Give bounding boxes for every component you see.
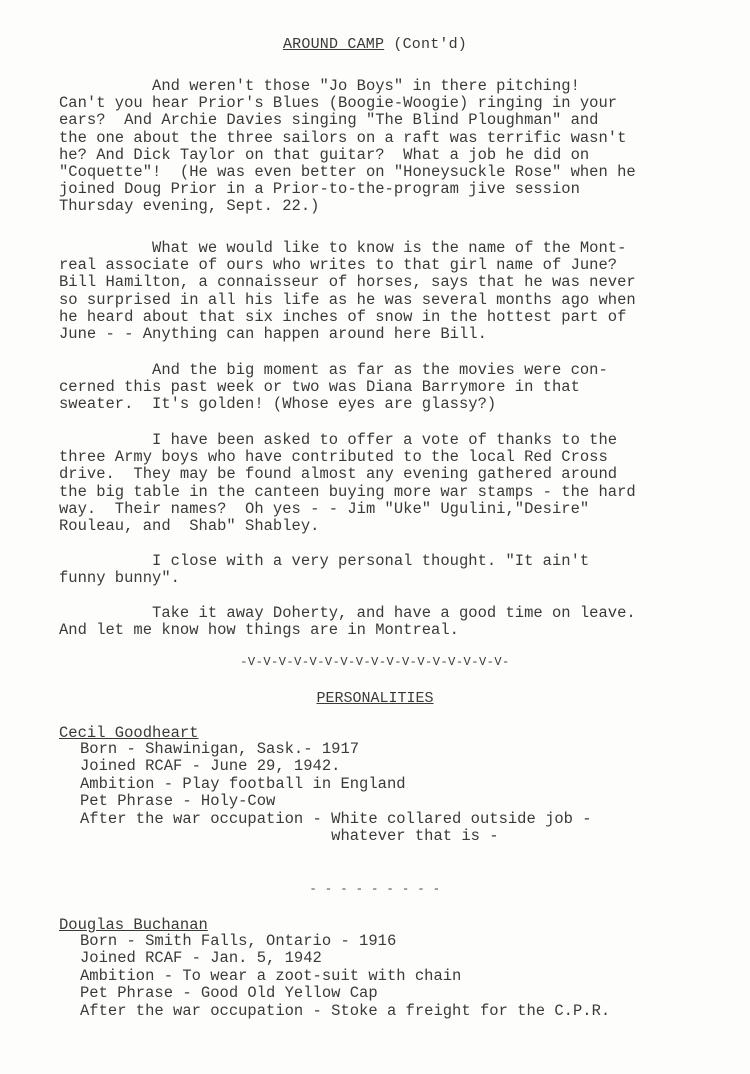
document-page: AROUND CAMP (Cont'd) And weren't those "…: [0, 0, 750, 1074]
paragraph-june: What we would like to know is the name o…: [59, 240, 699, 343]
paragraph-jo-boys: And weren't those "Jo Boys" in there pit…: [59, 78, 699, 216]
title-main: AROUND CAMP: [283, 36, 384, 53]
title-suffix: (Cont'd): [384, 36, 467, 53]
dash-separator: - - - - - - - - -: [0, 882, 750, 896]
person-details: Born - Smith Falls, Ontario - 1916 Joine…: [80, 933, 610, 1020]
personalities-heading: PERSONALITIES: [0, 690, 750, 707]
paragraph-close: I close with a very personal thought. "I…: [59, 553, 699, 587]
person-details: Born - Shawinigan, Sask.- 1917 Joined RC…: [80, 741, 592, 845]
page-title: AROUND CAMP (Cont'd): [0, 36, 750, 53]
paragraph-doherty: Take it away Doherty, and have a good ti…: [59, 605, 699, 639]
v-divider: -V-V-V-V-V-V-V-V-V-V-V-V-V-V-V-V-V-: [0, 655, 750, 669]
paragraph-red-cross: I have been asked to offer a vote of tha…: [59, 432, 699, 535]
paragraph-movies: And the big moment as far as the movies …: [59, 362, 699, 414]
